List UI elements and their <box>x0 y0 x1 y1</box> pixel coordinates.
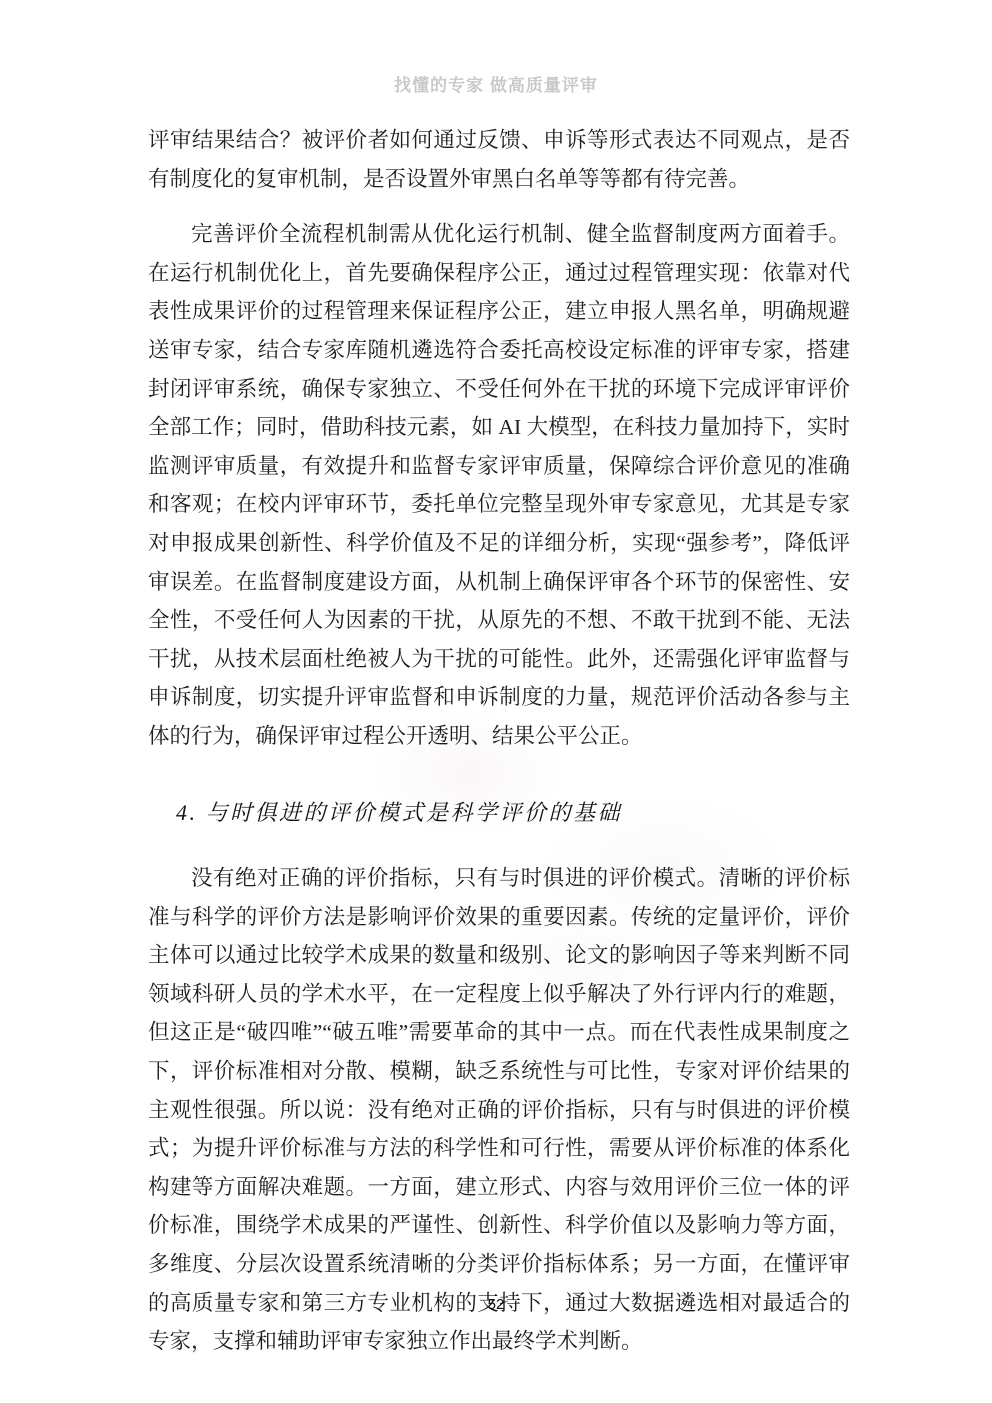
body-paragraph-2: 完善评价全流程机制需从优化运行机制、健全监督制度两方面着手。在运行机制优化上，首… <box>148 215 850 755</box>
page-number: 52 <box>488 1296 505 1313</box>
page-footer: 52 <box>0 1296 992 1313</box>
header-slogan: 找懂的专家 做高质量评审 <box>394 76 598 95</box>
body-paragraph-1: 评审结果结合？被评价者如何通过反馈、申诉等形式表达不同观点，是否有制度化的复审机… <box>148 121 850 198</box>
page-content: 评审结果结合？被评价者如何通过反馈、申诉等形式表达不同观点，是否有制度化的复审机… <box>148 121 850 1378</box>
body-paragraph-3: 没有绝对正确的评价指标，只有与时俱进的评价模式。清晰的评价标准与科学的评价方法是… <box>148 859 850 1361</box>
page-header: 找懂的专家 做高质量评审 <box>0 71 992 96</box>
section-heading: 4. 与时俱进的评价模式是科学评价的基础 <box>148 794 850 833</box>
document-page: 找懂的专家 做高质量评审 评审结果结合？被评价者如何通过反馈、申诉等形式表达不同… <box>0 0 992 1403</box>
